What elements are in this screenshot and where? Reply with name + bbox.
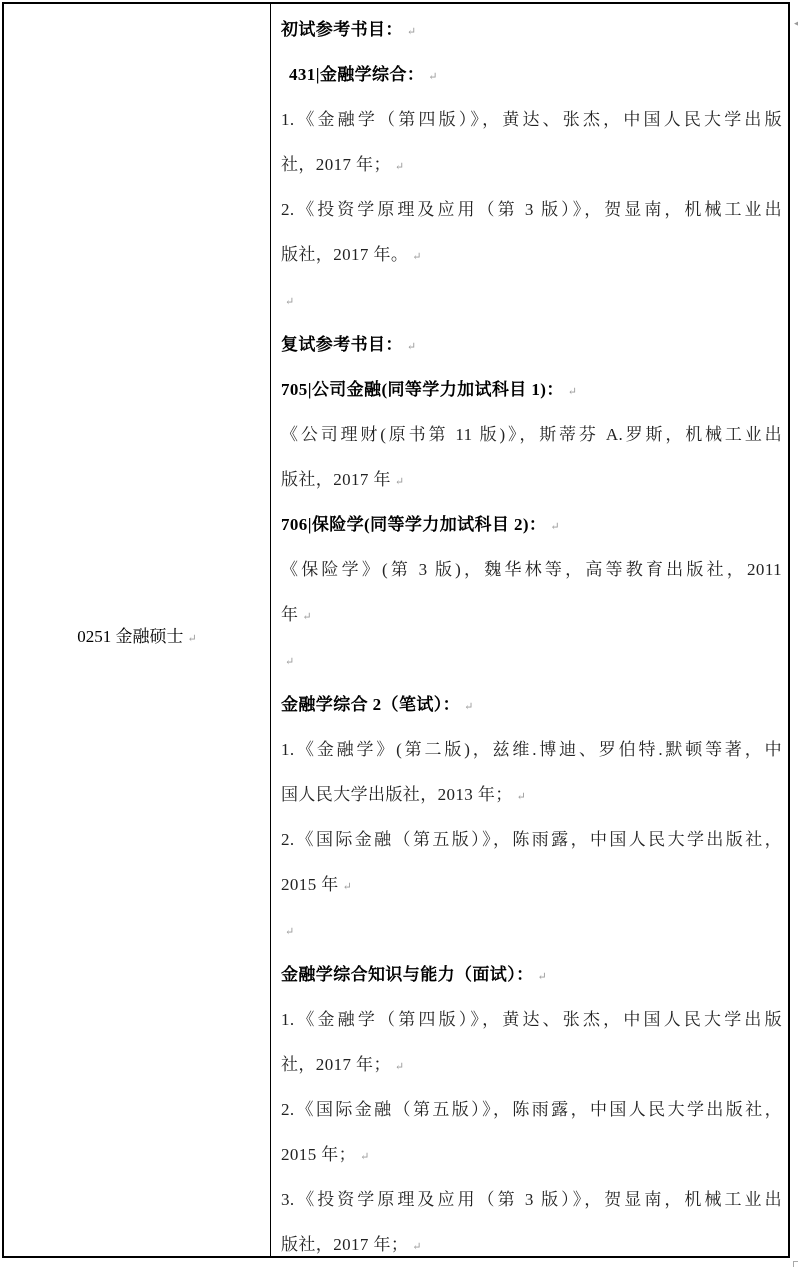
book-entry-line: 《保险学》(第 3 版)，魏华林等，高等教育出版社，2011 [281,551,782,596]
paragraph-mark-icon: ↵ [412,251,422,263]
paragraph-mark-icon: ↵ [517,791,527,803]
book-list-cell: 初试参考书目：↵431|金融学综合：↵1.《金融学（第四版）》，黄达、张杰，中国… [271,4,788,1256]
book-entry-line: ↵ [281,281,782,326]
program-label: 0251 金融硕士↵ [4,624,270,652]
paragraph-mark-icon: ↵ [395,1061,405,1073]
book-entry-line: 1.《金融学（第四版）》，黄达、张杰，中国人民大学出版 [281,101,782,146]
book-entry-line: ↵ [281,911,782,956]
book-entry-line: ↵ [281,641,782,686]
book-entry-line: 国人民大学出版社，2013 年；↵ [281,776,782,821]
paragraph-mark-icon: ↵ [395,476,405,488]
line-text: 社，2017 年； [281,155,391,174]
paragraph-mark-icon: ↵ [407,341,417,353]
book-entry-line: 2.《投资学原理及应用（第 3 版）》，贺显南，机械工业出 [281,191,782,236]
table-corner-mark [793,1261,798,1267]
section-heading: 复试参考书目：↵ [281,326,782,371]
book-entry-line: 2.《国际金融（第五版）》，陈雨露，中国人民大学出版社， [281,1091,782,1136]
section-heading: 金融学综合知识与能力（面试）：↵ [281,956,782,1001]
section-heading: 705|公司金融(同等学力加试科目 1)：↵ [281,371,782,416]
paragraph-mark-icon: ↵ [285,296,295,308]
line-text: 2.《国际金融（第五版）》，陈雨露，中国人民大学出版社， [281,830,782,849]
line-text: 版社，2017 年 [281,470,391,489]
line-text: 金融学综合知识与能力（面试）： [281,965,534,984]
section-heading: 431|金融学综合：↵ [281,56,782,101]
line-text: 版社，2017 年； [281,1235,408,1254]
book-entry-line: 3.《投资学原理及应用（第 3 版）》，贺显南，机械工业出 [281,1181,782,1226]
book-entry-line: 版社，2017 年。↵ [281,236,782,281]
paragraph-mark-icon: ↵ [285,656,295,668]
book-entry-line: 《公司理财(原书第 11 版)》，斯蒂芬 A.罗斯，机械工业出 [281,416,782,461]
line-text: 复试参考书目： [281,335,403,354]
book-entry-line: 版社，2017 年；↵ [281,1226,782,1267]
paragraph-mark-icon: ↵ [188,633,197,645]
paragraph-mark-icon: ↵ [395,161,405,173]
line-text: 金融学综合 2（笔试）： [281,695,460,714]
section-heading: 初试参考书目：↵ [281,11,782,56]
line-text: 年 [281,605,298,624]
line-text: 1.《金融学（第四版）》，黄达、张杰，中国人民大学出版 [281,1010,782,1029]
line-text: 1.《金融学》(第二版)，兹维.博迪、罗伯特.默顿等著，中 [281,740,782,759]
paragraph-mark-icon: ↵ [568,386,578,398]
line-text: 431|金融学综合： [289,65,424,84]
line-text: 1.《金融学（第四版）》，黄达、张杰，中国人民大学出版 [281,110,782,129]
paragraph-mark-icon: ↵ [428,71,438,83]
book-entry-line: 2015 年↵ [281,866,782,911]
paragraph-mark-icon: ↵ [538,971,548,983]
paragraph-mark-icon: ↵ [285,926,295,938]
reference-book-table: 0251 金融硕士↵ 初试参考书目：↵431|金融学综合：↵1.《金融学（第四版… [2,2,790,1258]
line-text: 2015 年 [281,875,339,894]
line-text: 《公司理财(原书第 11 版)》，斯蒂芬 A.罗斯，机械工业出 [281,425,782,444]
line-text: 版社，2017 年。 [281,245,408,264]
line-text: 初试参考书目： [281,20,403,39]
section-heading: 金融学综合 2（笔试）：↵ [281,686,782,731]
line-text: 社，2017 年； [281,1055,391,1074]
line-text: 705|公司金融(同等学力加试科目 1)： [281,380,564,399]
book-entry-line: 社，2017 年；↵ [281,146,782,191]
line-text: 国人民大学出版社，2013 年； [281,785,513,804]
program-cell: 0251 金融硕士↵ [4,4,271,1256]
section-heading: 706|保险学(同等学力加试科目 2)：↵ [281,506,782,551]
book-entry-line: 版社，2017 年↵ [281,461,782,506]
book-entry-line: 1.《金融学》(第二版)，兹维.博迪、罗伯特.默顿等著，中 [281,731,782,776]
paragraph-mark-icon: ↵ [412,1241,422,1253]
line-text: 2.《国际金融（第五版）》，陈雨露，中国人民大学出版社， [281,1100,782,1119]
book-entry-line: 社，2017 年；↵ [281,1046,782,1091]
line-text: 706|保险学(同等学力加试科目 2)： [281,515,546,534]
paragraph-mark-icon: ↵ [407,26,417,38]
book-entry-line: 年↵ [281,596,782,641]
book-entry-line: 2015 年；↵ [281,1136,782,1181]
line-text: 2.《投资学原理及应用（第 3 版）》，贺显南，机械工业出 [281,200,782,219]
row-end-mark-icon: ◂ [794,18,798,29]
paragraph-mark-icon: ↵ [464,701,474,713]
line-text: 3.《投资学原理及应用（第 3 版）》，贺显南，机械工业出 [281,1190,782,1209]
book-entry-line: 1.《金融学（第四版）》，黄达、张杰，中国人民大学出版 [281,1001,782,1046]
paragraph-mark-icon: ↵ [360,1151,370,1163]
line-text: 《保险学》(第 3 版)，魏华林等，高等教育出版社，2011 [281,560,782,579]
line-text: 2015 年； [281,1145,356,1164]
paragraph-mark-icon: ↵ [302,611,312,623]
paragraph-mark-icon: ↵ [550,521,560,533]
book-entry-line: 2.《国际金融（第五版）》，陈雨露，中国人民大学出版社， [281,821,782,866]
paragraph-mark-icon: ↵ [343,881,353,893]
